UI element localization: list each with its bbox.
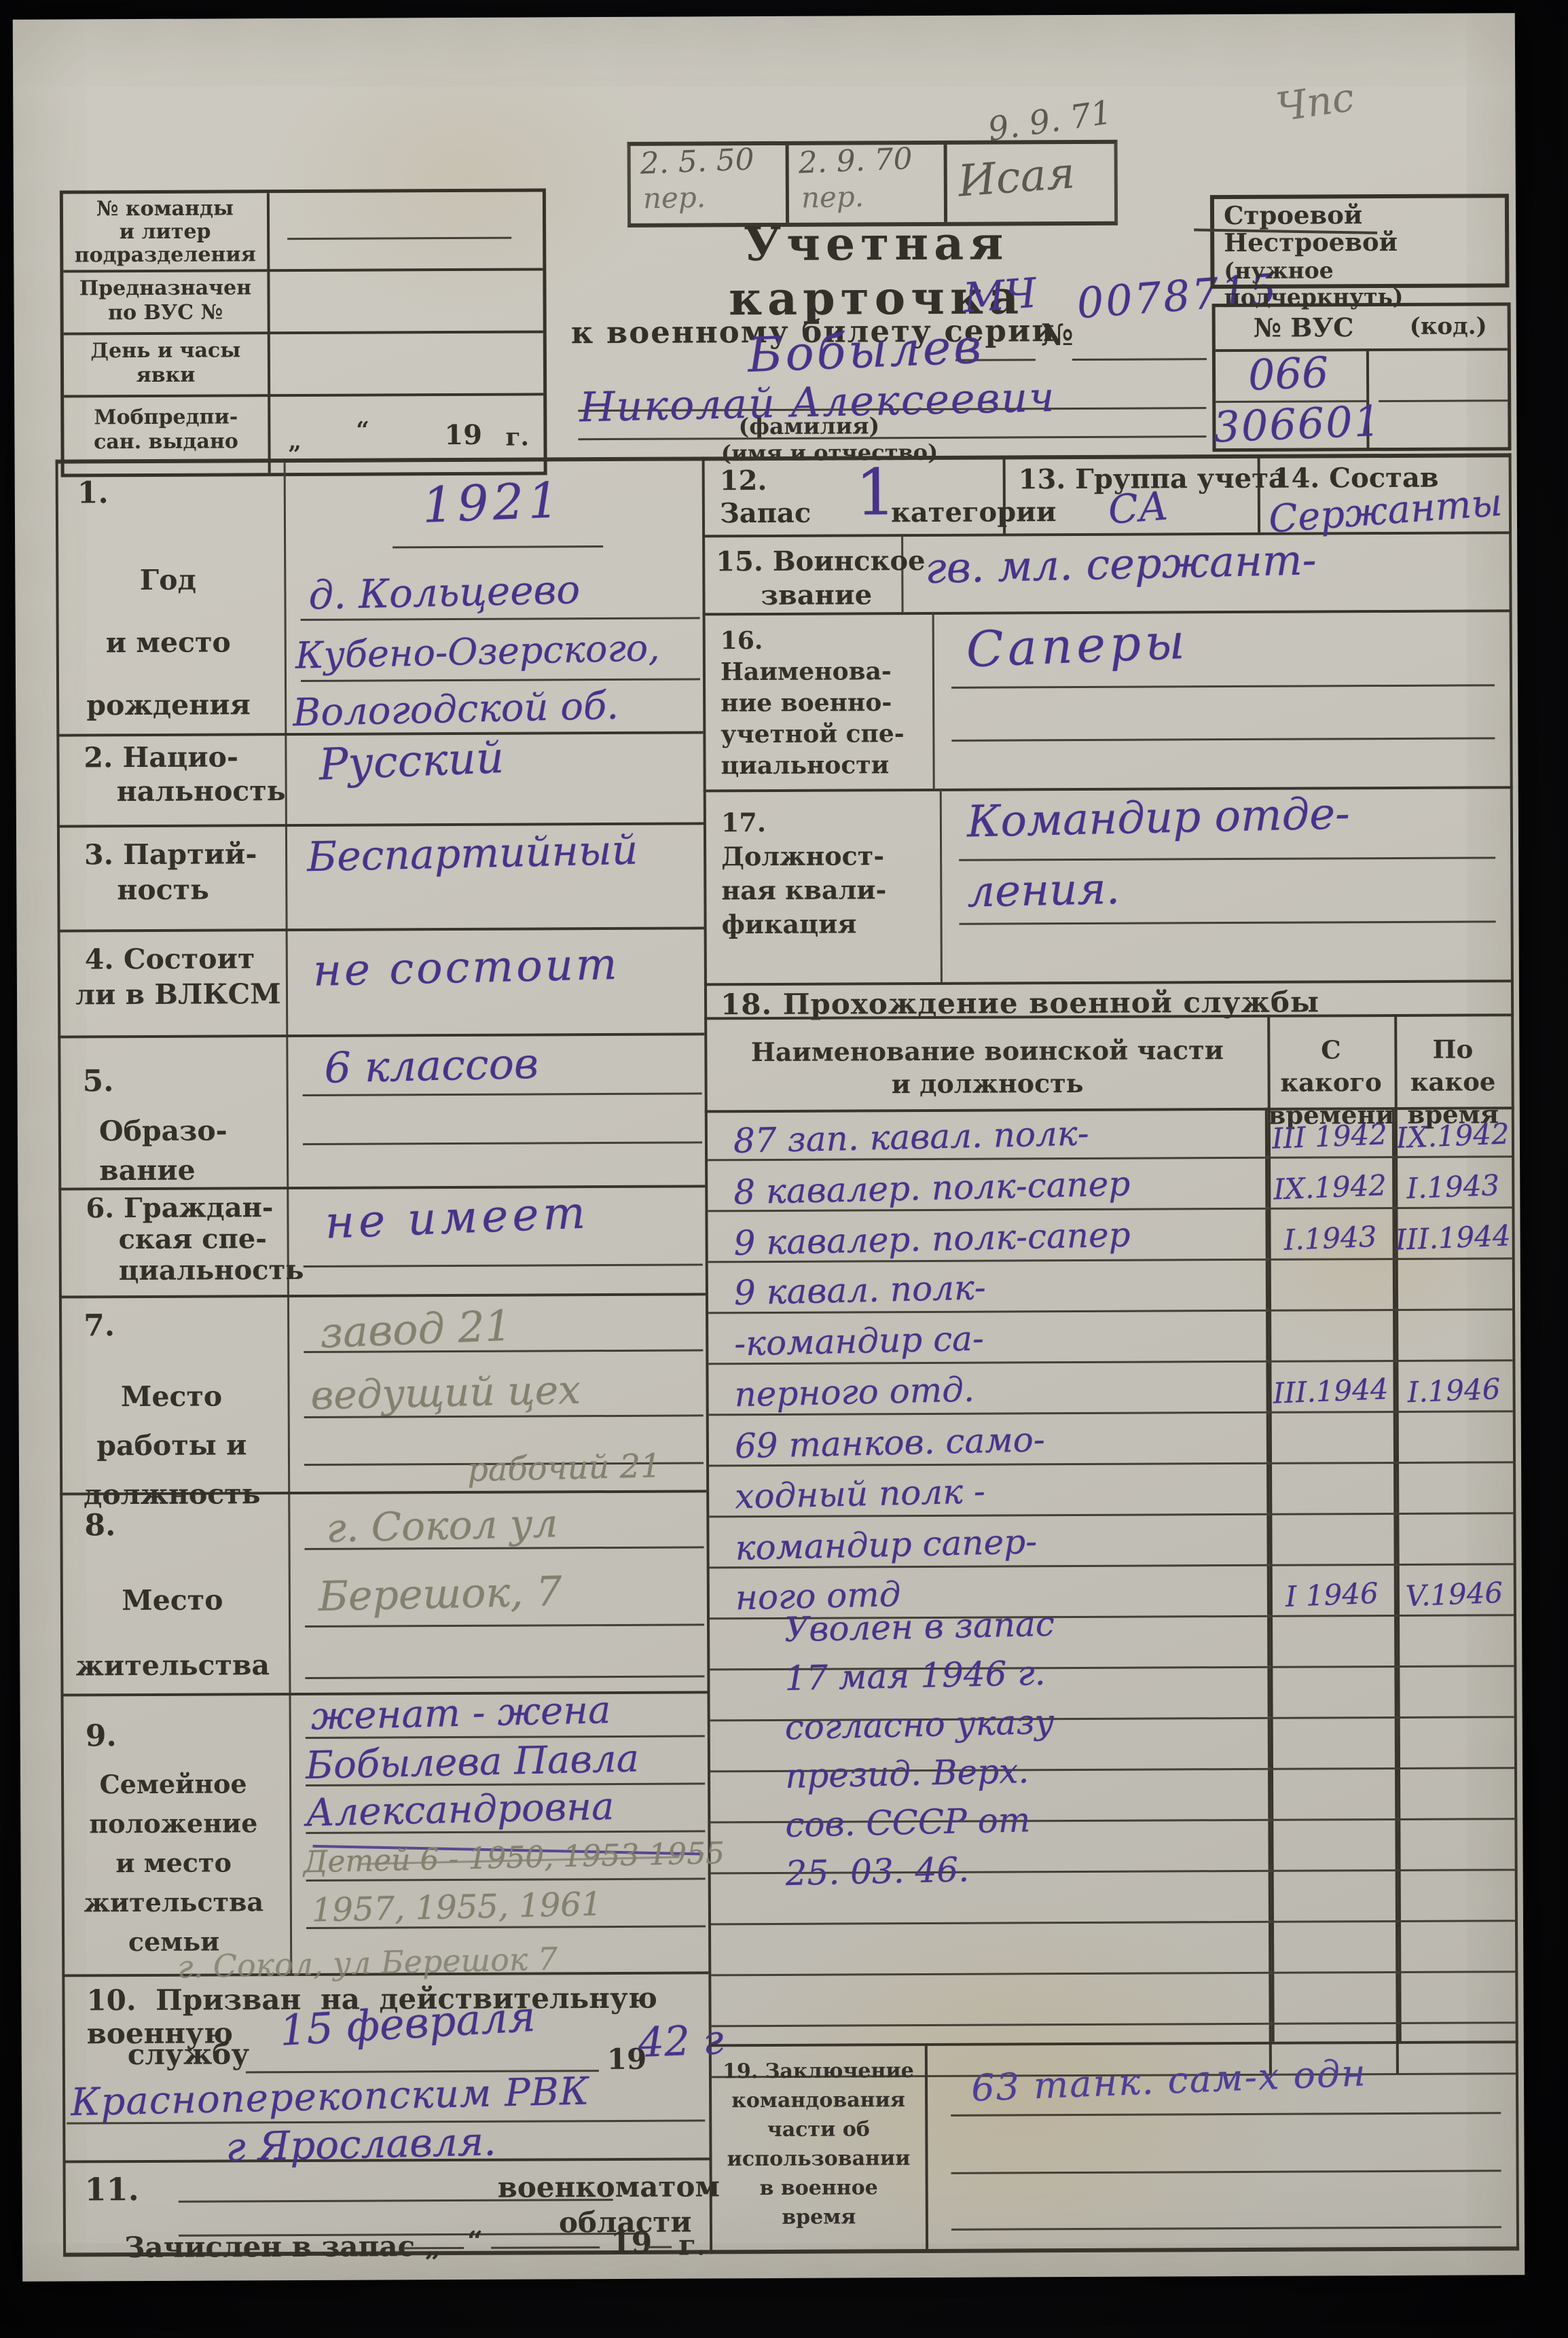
s5-line-1 <box>303 1092 702 1096</box>
vus-row-divider-right <box>1379 399 1508 402</box>
s10-value-2: г Ярославля. <box>225 2118 497 2170</box>
s11-label-3: Зачислен в запас „ <box>124 2229 441 2264</box>
s11-year-suffix: г. <box>678 2228 706 2261</box>
s12-label-2: категории <box>891 496 1057 528</box>
discharge-note-line: 25. 03. 46. <box>754 1841 1229 1892</box>
s5-line-2 <box>303 1141 702 1145</box>
s17-value-line-2: ления. <box>967 864 1120 918</box>
table-cell-from <box>1269 1464 1396 1513</box>
table-cell-unit: 87 зап. кавал. полк- <box>708 1108 1268 1159</box>
discharge-note-line: согласно указу <box>754 1695 1229 1746</box>
stamp-note-1: пер. <box>642 181 706 215</box>
s8-number: 8. <box>84 1508 115 1543</box>
left-border-s6-s7 <box>59 1293 706 1298</box>
table-cell-to: IX.1942 <box>1395 1107 1510 1156</box>
s7-value-2: ведущий цех <box>310 1367 581 1419</box>
table-cell-unit: 8 кавалер. полк-сапер <box>708 1159 1268 1210</box>
table-cell-unit: командир сапер- <box>709 1515 1269 1567</box>
table-cell-unit: -командир са- <box>708 1312 1269 1363</box>
s1-line-1 <box>301 617 700 621</box>
s9-label: Семейноеположениеи место жительствасемьи <box>68 1764 279 1962</box>
info-box-line-1 <box>63 268 543 272</box>
table-cell-unit <box>711 1974 1271 2026</box>
s9-value-3: Александровна <box>306 1784 615 1835</box>
table-row: перного отд. III.1944 I.1946 <box>708 1361 1512 1416</box>
vus-value-2: 306601 <box>1212 396 1383 452</box>
s2-value: Русский <box>318 733 505 791</box>
table-cell-to <box>1398 1973 1514 2022</box>
s1-year-value: 1921 <box>421 471 564 534</box>
s9-number: 9. <box>86 1719 117 1753</box>
name-caption: (имя и отчество) <box>714 439 945 466</box>
info-row4-quote-close: “ <box>356 417 369 444</box>
mobilization-info-box: № командыи литерподразделения Предназнач… <box>60 188 547 477</box>
table-cell-from: III.1944 <box>1269 1362 1396 1411</box>
info-box-line-3 <box>64 393 543 397</box>
info-row3-label: День и часыявки <box>64 338 268 388</box>
s1-birthplace-1: д. Кольцеево <box>308 566 581 619</box>
s4-label: 4. Состоитли в ВЛКСМ <box>85 941 281 1012</box>
stamp-date-1: 2. 5. 50 <box>640 142 755 181</box>
s17-line-2 <box>960 920 1496 924</box>
table-cell-to: III.1944 <box>1395 1208 1510 1258</box>
category-option-1: Строевой <box>1224 200 1362 230</box>
s8-value-1: г. Сокол ул <box>326 1500 558 1551</box>
discharge-note-line: сов. СССР от <box>754 1793 1229 1844</box>
s5-label: Образо-вание <box>99 1111 227 1190</box>
discharge-note: Уволен в запас17 мая 1946 г.согласно ука… <box>753 1597 1230 1892</box>
table-cell-from <box>1269 1311 1396 1361</box>
s3-value: Беспартийный <box>306 827 638 882</box>
table-cell-to <box>1397 1616 1512 1666</box>
s9-pencil-3: г. Сокол, ул Берешок 7 <box>177 1940 558 1985</box>
number-sign: № <box>1041 318 1074 353</box>
table-row: 8 кавалер. полк-сапер IX.1942 I.1943 <box>708 1157 1512 1212</box>
table-row: -командир са- <box>708 1310 1512 1365</box>
s15-value-handwritten: гв. мл. сержант- <box>925 535 1317 593</box>
s8-value-2: Берешок, 7 <box>318 1568 562 1621</box>
table-cell-from <box>1271 1922 1398 1972</box>
registration-card-paper: Чпс 2. 5. 50 пер. 2. 9. 70 пер. 9. 9. 71… <box>13 13 1525 2282</box>
table-cell-from <box>1271 1973 1398 2023</box>
table-cell-unit: 69 танков. само- <box>709 1414 1269 1465</box>
table-row: ходный полк - <box>709 1463 1513 1517</box>
s16-line-1 <box>951 684 1495 688</box>
table-row <box>711 1973 1515 2027</box>
stamp-note-2: пер. <box>801 180 864 215</box>
table-cell-from <box>1270 1617 1397 1666</box>
s1-birthplace-3: Вологодской об. <box>293 684 619 735</box>
s7-label: Местоработы идолжность <box>66 1371 277 1519</box>
s1-year-line <box>393 545 603 548</box>
s11-year: 19 <box>610 2226 652 2261</box>
table-cell-from <box>1269 1413 1396 1462</box>
s7-value-3: рабочий 21 <box>467 1447 661 1489</box>
series-handwritten: МЧ <box>962 270 1038 323</box>
s12-category-handwritten: 1 <box>856 456 896 530</box>
divider-s17 <box>940 789 943 982</box>
s7-number: 7. <box>84 1308 115 1343</box>
s4-value: не состоит <box>312 939 620 996</box>
s16-value-handwritten: Саперы <box>965 613 1190 679</box>
s13-value-handwritten: СА <box>1106 482 1169 533</box>
divider-s16 <box>932 612 935 789</box>
s1-label: Годи месторождения <box>62 548 274 736</box>
s11-quote-2: “ <box>467 2225 483 2257</box>
table-cell-unit: ходный полк - <box>709 1464 1269 1516</box>
left-border-s3-s4 <box>58 927 704 932</box>
discharge-note-line: Уволен в запас <box>753 1597 1228 1648</box>
s19-line-3 <box>951 2226 1501 2231</box>
s1-birthplace-2: Кубено-Озерского, <box>295 626 660 677</box>
table-cell-to <box>1398 1871 1514 1920</box>
stamp-date-2: 2. 9. 70 <box>798 141 913 181</box>
table-cell-from <box>1269 1260 1396 1310</box>
table-cell-to <box>1398 1718 1513 1767</box>
table-row: 69 танков. само- <box>709 1412 1513 1467</box>
stamp-date-3: 9. 9. 71 <box>985 93 1114 149</box>
s11-line-5 <box>647 2246 672 2248</box>
s10-value-1: Красноперекопским РВК <box>70 2070 589 2125</box>
table-row: 9 кавалер. полк-сапер I.1943 III.1944 <box>708 1208 1512 1263</box>
corner-pencil-note: Чпс <box>1273 74 1357 131</box>
table-cell-to <box>1396 1310 1511 1360</box>
stamp-cell-3: 9. 9. 71 Исая <box>947 144 1114 222</box>
s11-label-1: военкоматом <box>498 2170 720 2204</box>
table-cell-to <box>1399 2024 1514 2073</box>
info-row4-quote-open: „ <box>288 428 302 455</box>
s16-line-2 <box>951 737 1495 741</box>
vus-code-label: (код.) <box>1410 312 1487 340</box>
table-cell-from <box>1270 1668 1397 1717</box>
table-row: 87 зап. кавал. полк- III 1942 IX.1942 <box>708 1107 1512 1161</box>
number-blank-line <box>1072 358 1207 361</box>
s17-line-1 <box>959 857 1495 861</box>
table-cell-from: IX.1942 <box>1268 1158 1395 1208</box>
table-cell-to: I.1943 <box>1395 1157 1510 1207</box>
s6-label: 6. Граждан- ская спе- циальность <box>86 1192 304 1287</box>
s10-line-b-label: службу <box>128 2037 250 2071</box>
info-row4-year-suffix: г. <box>505 423 529 452</box>
table-cell-to: I.1946 <box>1396 1361 1511 1411</box>
table-cell-from: III 1942 <box>1268 1107 1395 1157</box>
table-cell-from <box>1271 1719 1398 1768</box>
vus-value-1: 066 <box>1247 347 1330 400</box>
s16-label: 16. Наименова-ние военно- учетной спе-ци… <box>721 624 905 781</box>
table-row <box>711 1922 1515 1976</box>
table-row: 9 кавал. полк- <box>708 1259 1512 1314</box>
s19-label: 19. Заключение командованиячасти об испо… <box>714 2056 923 2232</box>
info-row4-label: Мобпредпи-сан. выдано <box>64 405 268 454</box>
s8-line-2 <box>305 1623 704 1627</box>
table-cell-unit: 9 кавал. полк- <box>708 1261 1269 1312</box>
s19-line-1 <box>951 2112 1501 2117</box>
s11-line-3 <box>403 2247 464 2249</box>
table-cell-to <box>1396 1463 1512 1513</box>
stamp-cell-2: 2. 9. 70 пер. <box>789 145 947 223</box>
right-border-s16-bottom <box>704 786 1513 792</box>
table-cell-to <box>1396 1514 1512 1564</box>
s11-line-4 <box>491 2246 600 2249</box>
left-border-s4-s5 <box>58 1032 704 1038</box>
table-cell-to <box>1398 1820 1513 1869</box>
table-cell-from <box>1269 1515 1396 1564</box>
s3-label: 3. Партий-ность <box>84 836 257 907</box>
card-title: Учетная карточка <box>611 216 1142 327</box>
info-box-line-2 <box>64 330 543 335</box>
table-cell-to <box>1397 1667 1512 1716</box>
table-cell-to: V.1946 <box>1397 1565 1512 1615</box>
category-option-2: Нестроевой <box>1224 227 1398 257</box>
discharge-note-line: презид. Верх. <box>754 1744 1229 1795</box>
s1-number: 1. <box>77 475 109 510</box>
right-border-s17-bottom <box>704 979 1514 986</box>
s15-label: 15. Воинское звание <box>716 544 926 613</box>
table-cell-from <box>1271 1769 1398 1819</box>
vus-box: № ВУС (код.) 066 306601 <box>1212 302 1512 452</box>
table-cell-from <box>1271 1871 1398 1921</box>
table-cell-from: I 1946 <box>1270 1566 1397 1615</box>
s8-line-3 <box>305 1675 704 1679</box>
s1-line-2 <box>301 678 700 682</box>
vus-title: № ВУС <box>1254 312 1354 343</box>
info-row2-label: Предназначенпо ВУС № <box>63 276 267 325</box>
s2-label: 2. Нацио-нальность <box>84 740 285 808</box>
s19-line-2 <box>951 2170 1501 2174</box>
s9-pencil-2: 1957, 1955, 1961 <box>311 1885 602 1929</box>
scanned-photo: Чпс 2. 5. 50 пер. 2. 9. 70 пер. 9. 9. 71… <box>0 0 1568 2338</box>
info-row1-blank-line <box>287 237 511 240</box>
table-cell-unit <box>711 1923 1271 1975</box>
s9-value-2: Бобылева Павла <box>305 1737 639 1788</box>
table-cell-from: I.1943 <box>1268 1209 1395 1259</box>
table-cell-from <box>1271 1820 1398 1870</box>
table-header-col1: Наименование воинской частии должность <box>707 1034 1267 1102</box>
s5-value: 6 классов <box>324 1039 539 1093</box>
table-cell-to <box>1396 1259 1511 1309</box>
s6-value: не имеет <box>324 1186 590 1248</box>
table-cell-unit: перного отд. <box>708 1363 1269 1414</box>
s6-line-1 <box>304 1263 703 1267</box>
category-box: Строевой Нестроевой (нужное подчеркнуть) <box>1210 194 1510 289</box>
table-row: командир сапер- <box>709 1514 1513 1568</box>
discharge-note-line: 17 мая 1946 г. <box>753 1646 1228 1697</box>
table-cell-to <box>1398 1769 1513 1818</box>
service-table-header: Наименование воинской частии должность С… <box>707 1016 1512 1110</box>
s9-value-1: женат - жена <box>310 1688 611 1739</box>
s12-label: 12.Запас <box>720 465 812 530</box>
surname-handwritten: Бобылев <box>746 319 985 384</box>
s5-number: 5. <box>82 1064 113 1098</box>
table-cell-to <box>1396 1412 1512 1462</box>
service-table-rows: 87 зап. кавал. полк- III 1942 IX.1942 8 … <box>708 1107 1516 2078</box>
stamp-note-3: Исая <box>956 148 1076 207</box>
s7-value-1: завод 21 <box>319 1301 513 1358</box>
s8-label: Местожительства <box>67 1567 278 1698</box>
table-cell-unit: 9 кавалер. полк-сапер <box>708 1210 1268 1261</box>
stamp-cell-1: 2. 5. 50 пер. <box>631 145 789 223</box>
info-row1-label: № командыи литерподразделения <box>63 197 267 267</box>
info-row4-year: 19 <box>444 419 482 451</box>
name-patronymic-handwritten: Николай Алексеевич <box>579 374 1056 431</box>
date-stamp-box: 2. 5. 50 пер. 2. 9. 70 пер. 9. 9. 71 Иса… <box>627 140 1118 228</box>
s11-number: 11. <box>85 2171 139 2208</box>
s17-value-line-1: Командир отде- <box>966 789 1350 847</box>
table-cell-to <box>1398 1922 1514 1971</box>
s17-label: 17. Должност-ная квали-фикация <box>721 805 887 941</box>
